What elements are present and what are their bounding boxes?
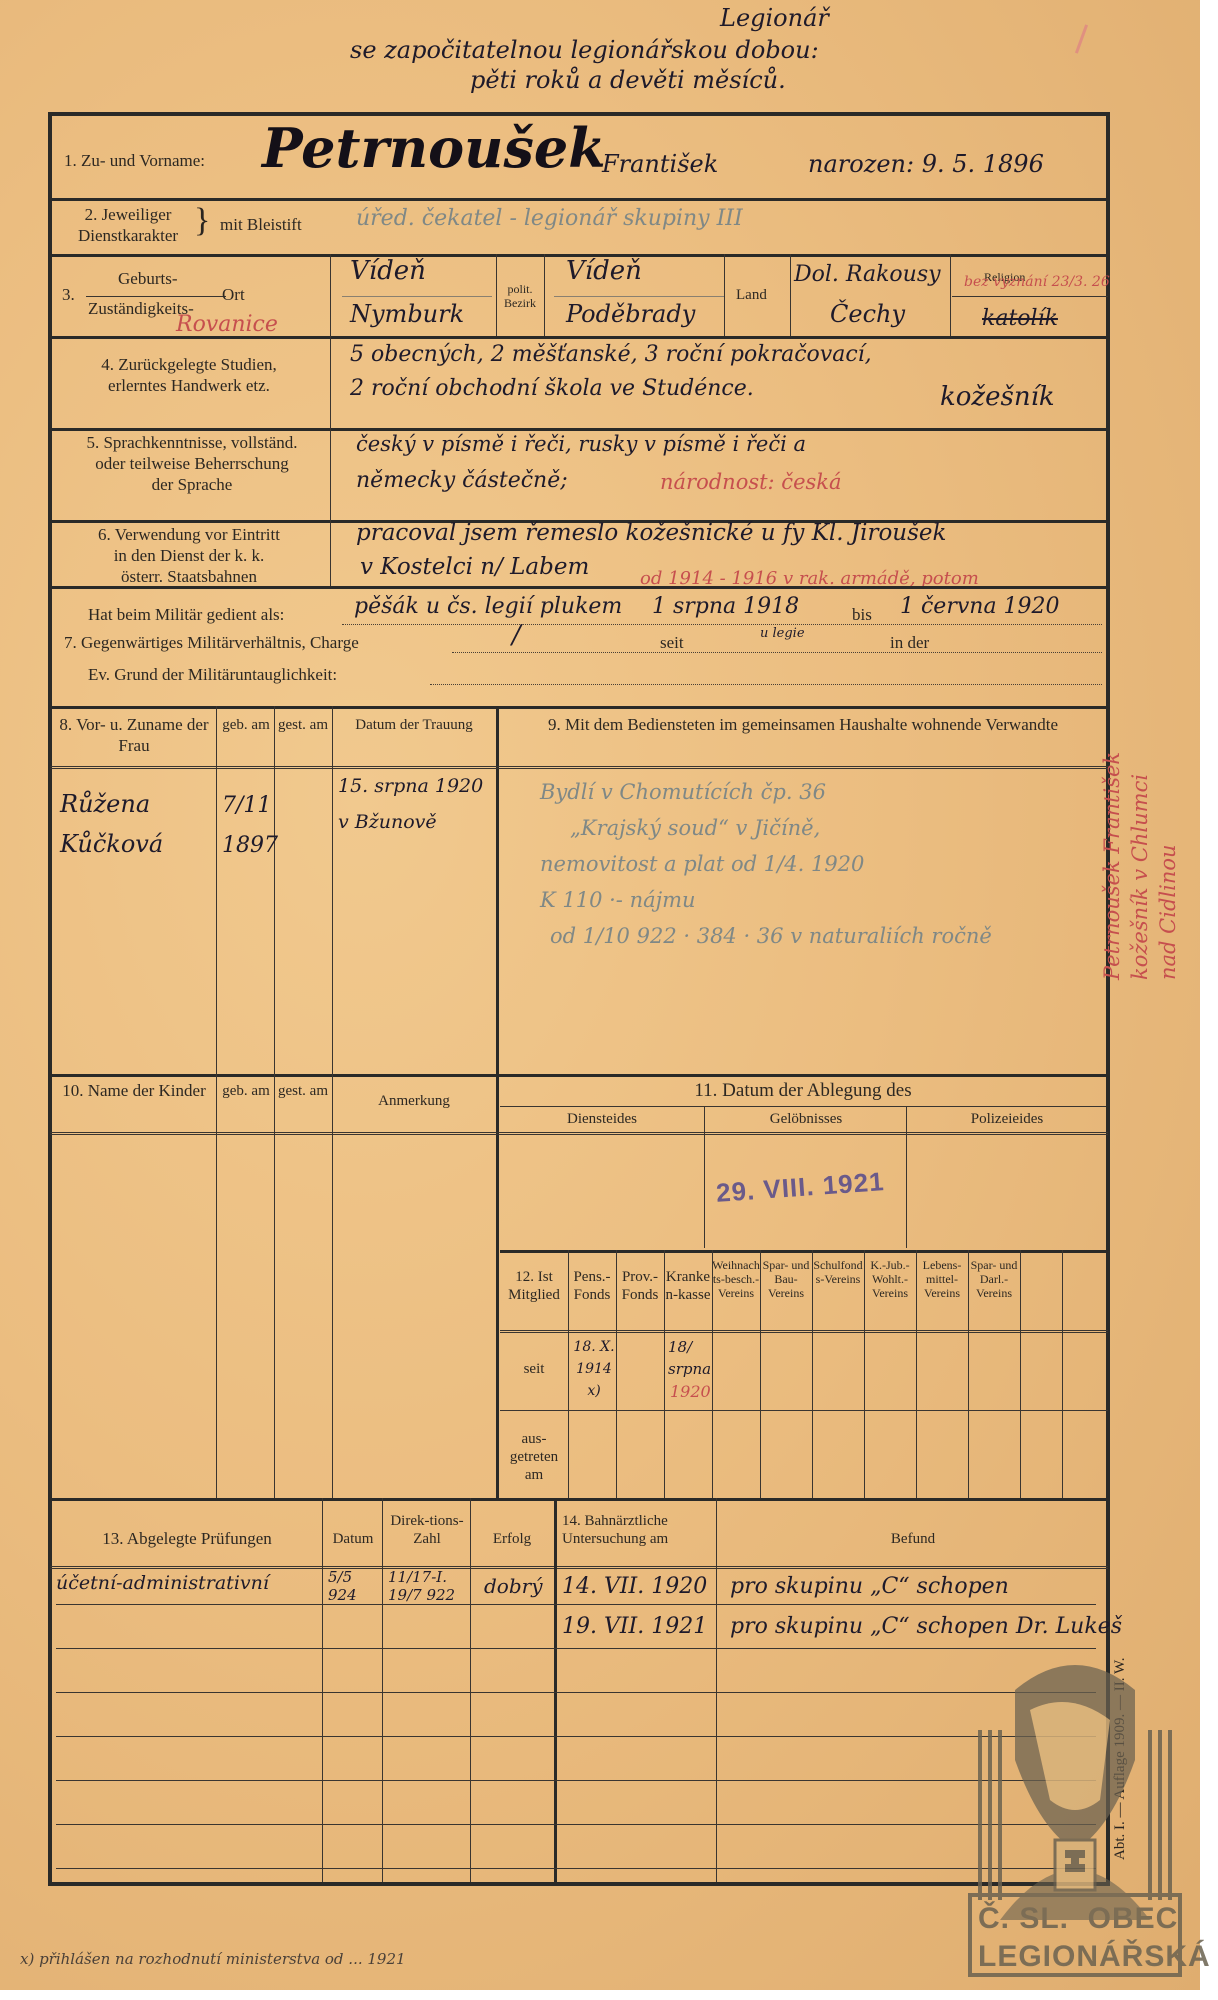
- divider: [790, 254, 791, 336]
- membership-header: Schulfonds-Vereins: [812, 1258, 864, 1286]
- remark-header: Anmerkung: [334, 1092, 494, 1110]
- studies-value: 2 roční obchodní škola ve Studénce.: [350, 376, 754, 401]
- divider: [704, 1106, 705, 1248]
- membership-header: 12. Ist Mitglied: [500, 1268, 568, 1304]
- divider: [50, 198, 1108, 201]
- service-char-value: úřed. čekatel - legionář skupiny III: [356, 206, 743, 231]
- birth-land: Dol. Rakousy: [794, 262, 941, 287]
- birth-district: Vídeň: [566, 256, 642, 286]
- wedding-date-header: Datum der Trauung: [334, 716, 494, 734]
- exam-result: dobrý: [484, 1574, 543, 1598]
- membership-header: Kranken-kasse: [664, 1268, 712, 1304]
- result-header: Erfolg: [472, 1530, 552, 1548]
- pledge-header: Gelöbnisses: [706, 1110, 906, 1128]
- land-label: Land: [736, 286, 767, 304]
- bis-label: bis: [852, 604, 872, 625]
- legion-note: u legie: [760, 626, 805, 641]
- divider: [56, 1692, 1096, 1693]
- firstname: František: [602, 150, 718, 178]
- divider: [1020, 1250, 1021, 1498]
- divider: [500, 1250, 1108, 1253]
- legionnaire-note: Legionář: [720, 4, 829, 32]
- label-line: 5. Sprachkenntnisse, vollständ.: [54, 432, 330, 453]
- divider: [1062, 1250, 1063, 1498]
- divider: [952, 296, 1108, 297]
- oath-header: 11. Datum der Ablegung des: [500, 1080, 1106, 1101]
- left-label: aus-getreten am: [500, 1430, 568, 1484]
- label-line: oder teilweise Beherrschung: [54, 453, 330, 474]
- languages-value: německy částečně;: [356, 468, 568, 493]
- divider: [274, 1074, 275, 1498]
- exam-date-header: Datum: [324, 1530, 382, 1548]
- legion-community-logo: Č. SL. OBEC LEGIONÁŘSKÁ: [960, 1650, 1190, 1980]
- side-note-line: nad Cidlinou: [1154, 752, 1182, 980]
- logo-text-line1: Č. SL. OBEC: [978, 1902, 1178, 1936]
- divider: [342, 296, 492, 297]
- divider: [500, 1410, 1108, 1411]
- relatives-line: „Krajský soud“ v Jičíně,: [540, 810, 992, 846]
- divider: [330, 254, 331, 336]
- divider: [50, 1498, 1108, 1501]
- previous-employment-value: pracoval jsem řemeslo kožešnické u fy Kl…: [356, 520, 946, 546]
- label-line: 6. Verwendung vor Eintritt: [54, 524, 324, 545]
- document-paper: Legionář se započitatelnou legionářskou …: [0, 0, 1200, 1990]
- exam-name: účetní-administrativní: [56, 1572, 269, 1594]
- exam-date: 5/5 924: [328, 1568, 378, 1604]
- birth-date: narozen: 9. 5. 1896: [808, 150, 1044, 178]
- membership-header: Spar- und Bau-Vereins: [760, 1258, 812, 1300]
- membership-header: Weihnachts-besch.-Vereins: [712, 1258, 760, 1300]
- medical-finding: pro skupinu „C“ schopen Dr. Lukeš: [730, 1614, 1122, 1639]
- relatives-header: 9. Mit dem Bediensteten im gemeinsamen H…: [500, 714, 1106, 735]
- legionnaire-period-note: se započitatelnou legionářskou dobou:: [350, 36, 819, 64]
- pension-fund-since: 18. X. 1914 x): [572, 1336, 616, 1402]
- languages-label: 5. Sprachkenntnisse, vollständ. oder tei…: [54, 432, 330, 495]
- in-der-label: in der: [890, 632, 929, 653]
- surname: Petrnoušek: [262, 116, 606, 180]
- footnote: x) přihlášen na rozhodnutí ministerstva …: [20, 1950, 406, 1968]
- divider: [500, 1330, 1108, 1333]
- health-insurance-year: 1920: [670, 1382, 711, 1401]
- relatives-line: od 1/10 922 · 384 · 36 v naturaliích roč…: [540, 918, 992, 954]
- wedding-date: 15. srpna 1920 v Bžunově: [338, 768, 494, 840]
- children-header: 10. Name der Kinder: [52, 1080, 216, 1101]
- divider: [56, 1736, 1096, 1737]
- findings-header: Befund: [718, 1530, 1108, 1548]
- side-note-line: Petrnoušek František: [1098, 752, 1126, 980]
- divider: [906, 1106, 907, 1248]
- wife-born: 7/11 1897: [222, 786, 270, 866]
- child-born-header: geb. am: [218, 1082, 274, 1100]
- side-red-note: Petrnoušek František kožešník v Chlumci …: [1098, 752, 1182, 980]
- red-ort-note: Rovanice: [176, 312, 278, 337]
- home-place: Nymburk: [350, 300, 464, 328]
- divider: [50, 1074, 1108, 1077]
- divider: [50, 336, 1108, 339]
- birth-label: Geburts-: [118, 268, 177, 289]
- medical-finding: pro skupinu „C“ schopen: [730, 1574, 1009, 1599]
- label-line: 4. Zurückgelegte Studien,: [54, 354, 324, 375]
- exams-header: 13. Abgelegte Prüfungen: [52, 1528, 322, 1549]
- divider: [332, 1074, 333, 1498]
- divider: [56, 1780, 1096, 1781]
- divider: [330, 428, 331, 520]
- studies-label: 4. Zurückgelegte Studien, erlerntes Hand…: [54, 354, 324, 396]
- legionnaire-period-value: pěti roků a devěti měsíců.: [470, 66, 786, 94]
- dotted-line: [430, 684, 1102, 685]
- divider: [274, 706, 275, 1074]
- bezirk-label: polit. Bezirk: [498, 282, 542, 310]
- health-insurance-since: 18/ srpna: [668, 1336, 712, 1380]
- membership-header: Lebens-mittel-Vereins: [916, 1258, 968, 1300]
- divider: [50, 586, 1108, 589]
- medical-date: 19. VII. 1921: [562, 1614, 707, 1639]
- direction-number: 11/17-I. 19/7 922: [388, 1568, 468, 1604]
- nationality-note: národnost: česká: [660, 470, 842, 494]
- studies-value: 5 obecných, 2 měšťanské, 3 roční pokračo…: [350, 342, 872, 367]
- current-military-value: /: [512, 620, 521, 650]
- divider: [544, 254, 545, 336]
- divider: [56, 1604, 1096, 1605]
- service-to: 1 června 1920: [900, 594, 1060, 619]
- label-line: erlerntes Handwerk etz.: [54, 375, 324, 396]
- military-service-label: Hat beim Militär gedient als:: [88, 604, 284, 625]
- direction-number-header: Direk-tions-Zahl: [384, 1512, 470, 1548]
- divider: [50, 428, 1108, 431]
- divider: [50, 706, 1108, 709]
- divider: [496, 706, 499, 1074]
- wife-name: Růžena Kůčková: [60, 784, 210, 864]
- membership-header: Spar- und Darl.-Vereins: [968, 1258, 1020, 1300]
- divider: [554, 296, 724, 297]
- current-military-label: 7. Gegenwärtiges Militärverhältnis, Char…: [64, 632, 359, 653]
- label-line: 2. Jeweiliger: [62, 204, 194, 225]
- divider: [332, 706, 333, 1074]
- label-line: der Sprache: [54, 474, 330, 495]
- previous-employment-value: v Kostelci n/ Labem: [360, 554, 589, 580]
- membership-header: Prov.-Fonds: [616, 1268, 664, 1304]
- logo-text-line2: LEGIONÁŘSKÁ: [978, 1940, 1211, 1974]
- label-line: österr. Staatsbahnen: [54, 566, 324, 587]
- divider: [216, 706, 217, 1074]
- divider: [56, 1868, 1096, 1869]
- pencil-label: mit Bleistift: [220, 214, 302, 235]
- divider: [56, 1648, 1096, 1649]
- trade-value: kožešník: [940, 382, 1055, 412]
- divider: [330, 520, 331, 586]
- divider: [216, 1074, 217, 1498]
- previous-employment-label: 6. Verwendung vor Eintritt in den Dienst…: [54, 524, 324, 587]
- divider: [496, 254, 497, 336]
- service-char-label: 2. Jeweiliger Dienstkarakter: [62, 204, 194, 246]
- service-from: 1 srpna 1918: [652, 594, 799, 619]
- divider: [724, 254, 725, 336]
- wife-born-header: geb. am: [218, 716, 274, 734]
- divider: [50, 1132, 1108, 1135]
- languages-value: český v písmě i řeči, rusky v písmě i ře…: [356, 432, 806, 456]
- relatives-line: K 110 ·- nájmu: [540, 882, 992, 918]
- service-oath-header: Diensteides: [500, 1110, 704, 1128]
- wife-died-header: gest. am: [276, 716, 330, 734]
- divider: [500, 1106, 1106, 1107]
- dotted-line: [342, 624, 1102, 625]
- brace: }: [194, 202, 210, 240]
- religion-value: katolík: [982, 306, 1058, 331]
- medical-date: 14. VII. 1920: [562, 1574, 707, 1599]
- wife-name-header: 8. Vor- u. Zuname der Frau: [52, 714, 216, 756]
- label-line: in den Dienst der k. k.: [54, 545, 324, 566]
- divider: [56, 1824, 1096, 1825]
- red-tick-mark: [1075, 24, 1088, 53]
- seit-label: seit: [660, 632, 684, 653]
- divider: [496, 1074, 499, 1498]
- relatives-line: Bydlí v Chomutících čp. 36: [540, 774, 992, 810]
- military-service-value: pěšák u čs. legií plukem: [354, 594, 622, 619]
- side-note-line: kožešník v Chlumci: [1126, 752, 1154, 980]
- religion-red-note: bez vyznání 23/3. 26: [964, 274, 1110, 290]
- label-num: 3.: [62, 284, 75, 305]
- medical-exam-header: 14. Bahnärztliche Untersuchung am: [562, 1512, 712, 1548]
- home-land: Čechy: [830, 300, 905, 328]
- divider: [50, 766, 1108, 769]
- label-line: Dienstkarakter: [62, 225, 194, 246]
- relatives-line: nemovitost a plat od 1/4. 1920: [540, 846, 992, 882]
- membership-header: K.-Jub.-Wohlt.-Vereins: [864, 1258, 916, 1300]
- relatives-list: Bydlí v Chomutících čp. 36 „Krajský soud…: [540, 774, 992, 954]
- ort-label: Ort: [222, 284, 245, 305]
- unfitness-label: Ev. Grund der Militäruntauglichkeit:: [88, 664, 337, 685]
- birth-place: Vídeň: [350, 256, 426, 286]
- home-district: Poděbrady: [566, 300, 695, 328]
- dotted-line: [452, 652, 1102, 653]
- divider: [50, 1566, 1108, 1569]
- police-oath-header: Polizeieides: [908, 1110, 1106, 1128]
- divider: [812, 1250, 813, 1498]
- membership-header: Pens.-Fonds: [568, 1268, 616, 1304]
- divider: [950, 254, 951, 336]
- name-label: 1. Zu- und Vorname:: [64, 150, 205, 171]
- divider: [86, 296, 226, 297]
- divider: [330, 336, 331, 428]
- child-died-header: gest. am: [276, 1082, 330, 1100]
- since-label: seit: [500, 1360, 568, 1378]
